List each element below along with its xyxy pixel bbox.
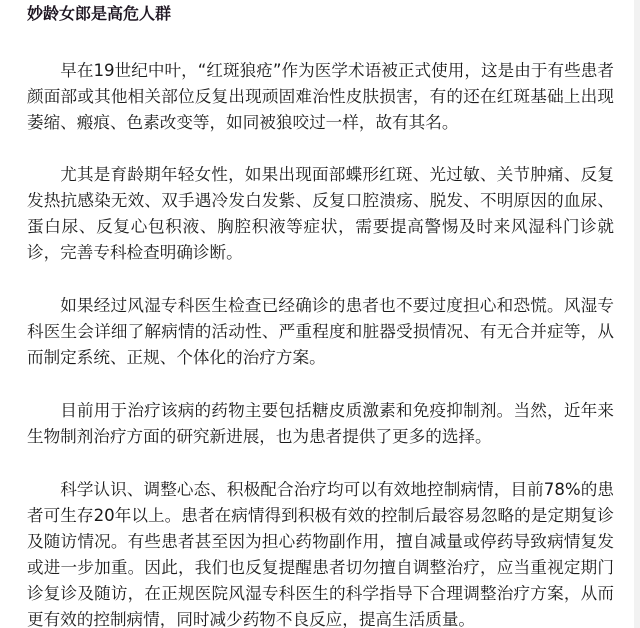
article-body: 妙龄女郎是高危人群 早在19世纪中叶，“红斑狼疮”作为医学术语被正式使用，这是由… — [27, 0, 614, 628]
paragraph-symptoms: 尤其是育龄期年轻女性，如果出现面部蝶形红斑、光过敏、关节肿痛、反复发热抗感染无效… — [27, 162, 614, 266]
paragraph-medication: 目前用于治疗该病的药物主要包括糖皮质激素和免疫抑制剂。当然，近年来生物制剂治疗方… — [27, 398, 614, 450]
section-heading: 妙龄女郎是高危人群 — [27, 0, 614, 25]
paragraph-diagnosis: 如果经过风湿专科医生检查已经确诊的患者也不要过度担心和恐慌。风湿专科医生会详细了… — [27, 293, 614, 371]
paragraph-follow-up: 科学认识、调整心态、积极配合治疗均可以有效地控制病情，目前78%的患者可生存20… — [27, 477, 614, 628]
paragraph-history: 早在19世纪中叶，“红斑狼疮”作为医学术语被正式使用，这是由于有些患者颜面部或其… — [27, 58, 614, 136]
page-edge-strip — [634, 0, 640, 628]
